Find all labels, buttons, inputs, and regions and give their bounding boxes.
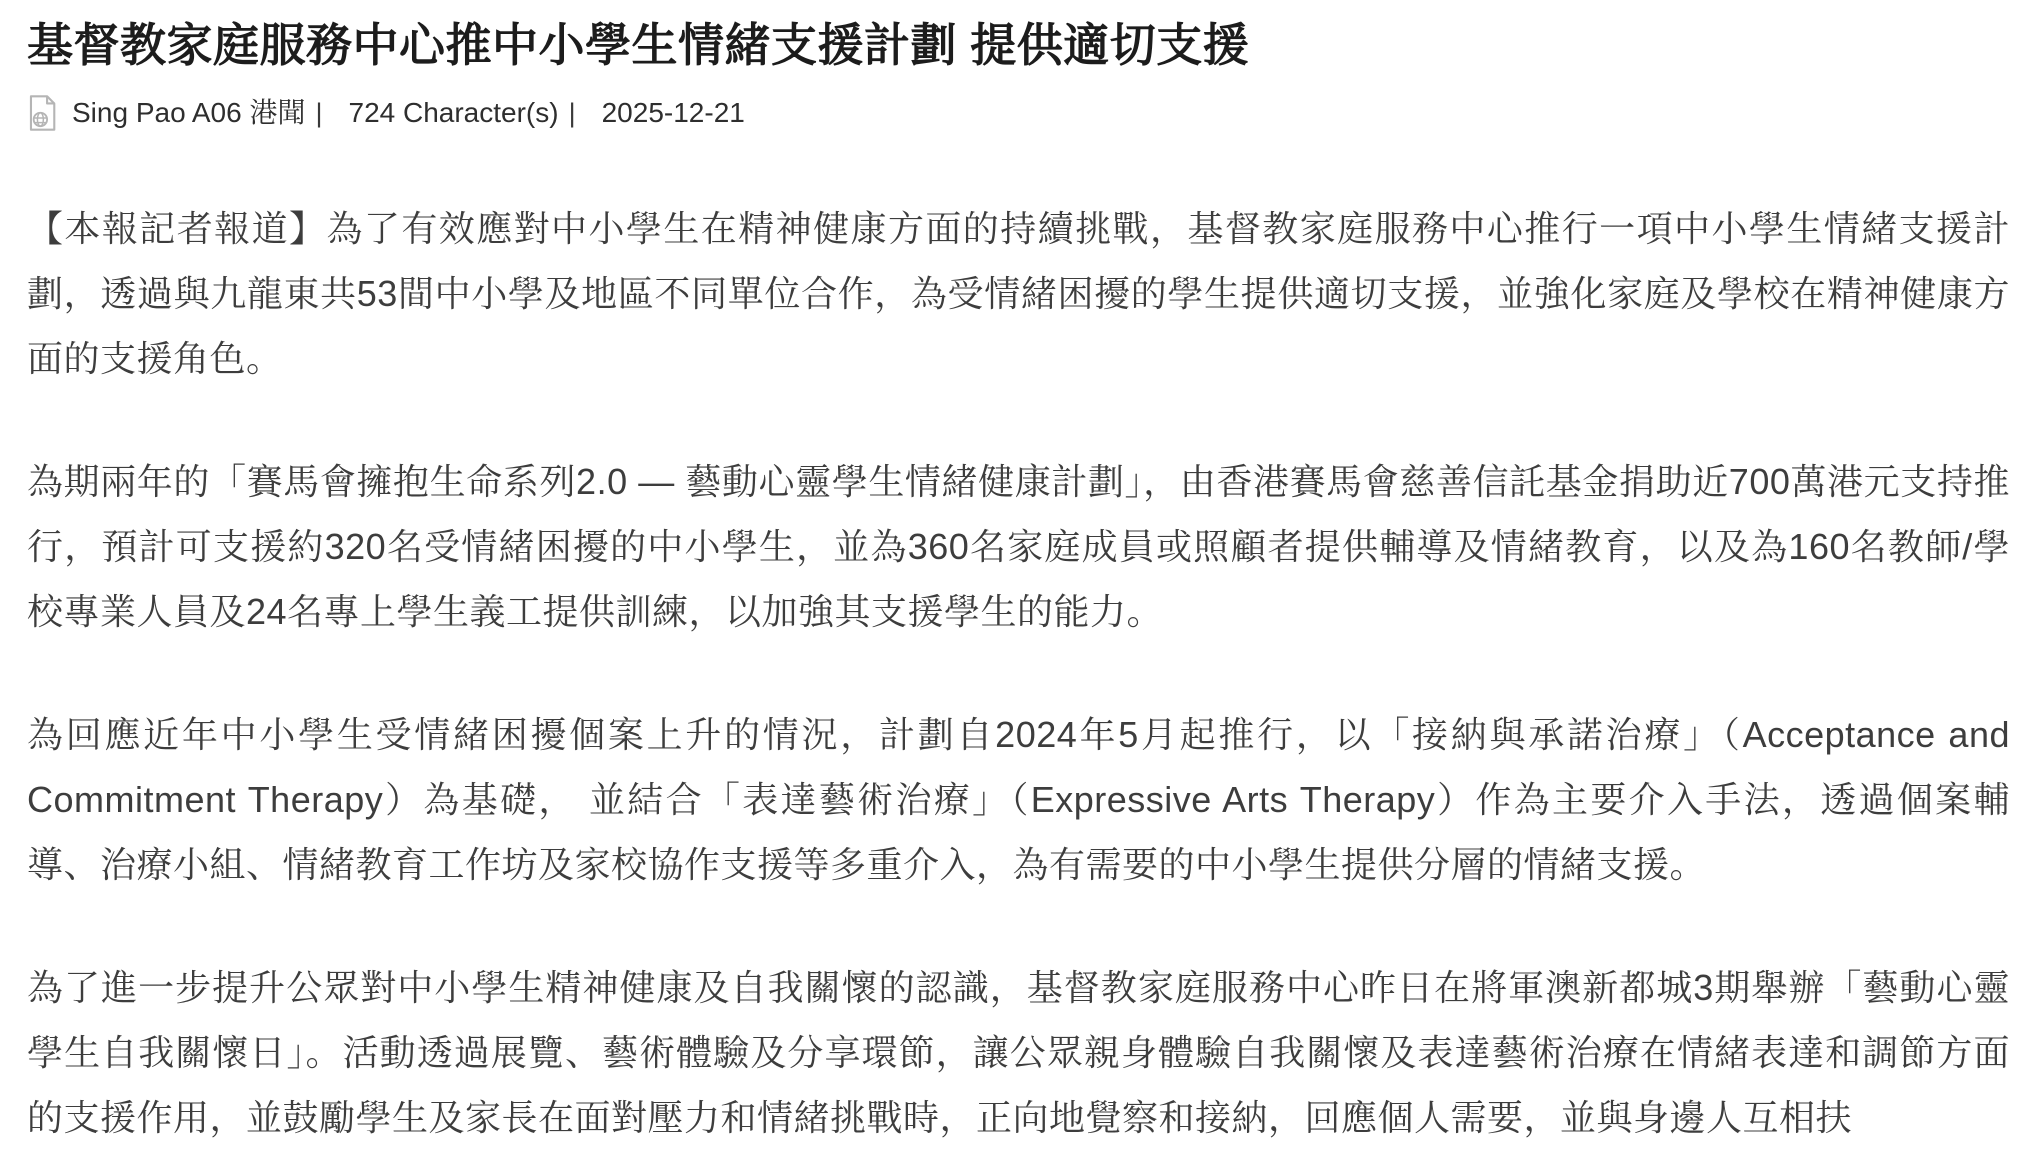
document-globe-icon (27, 94, 58, 132)
article-title: 基督教家庭服務中心推中小學生情緒支援計劃 提供適切支援 (27, 14, 2010, 76)
meta-char-count: 724 Character(s) (349, 94, 559, 132)
paragraph-2: 為期兩年的「賽馬會擁抱生命系列2.0 — 藝動心靈學生情緒健康計劃」，由香港賽馬… (27, 449, 2010, 644)
paragraph-3: 為回應近年中小學生受情緒困擾個案上升的情況，計劃自2024年5月起推行，以「接納… (27, 702, 2010, 897)
article-body: 【本報記者報道】為了有效應對中小學生在精神健康方面的持續挑戰，基督教家庭服務中心… (27, 196, 2010, 1150)
meta-date: 2025-12-21 (602, 94, 745, 132)
paragraph-4: 為了進一步提升公眾對中小學生精神健康及自我關懷的認識，基督教家庭服務中心昨日在將… (27, 955, 2010, 1150)
meta-separator: | (315, 94, 322, 132)
article-page: 基督教家庭服務中心推中小學生情緒支援計劃 提供適切支援 Sing Pao A06… (0, 0, 2036, 1158)
article-meta: Sing Pao A06 港聞 | 724 Character(s) | 202… (27, 94, 2010, 132)
paragraph-1: 【本報記者報道】為了有效應對中小學生在精神健康方面的持續挑戰，基督教家庭服務中心… (27, 196, 2010, 391)
meta-source: Sing Pao A06 港聞 (72, 94, 305, 132)
meta-separator: | (569, 94, 576, 132)
